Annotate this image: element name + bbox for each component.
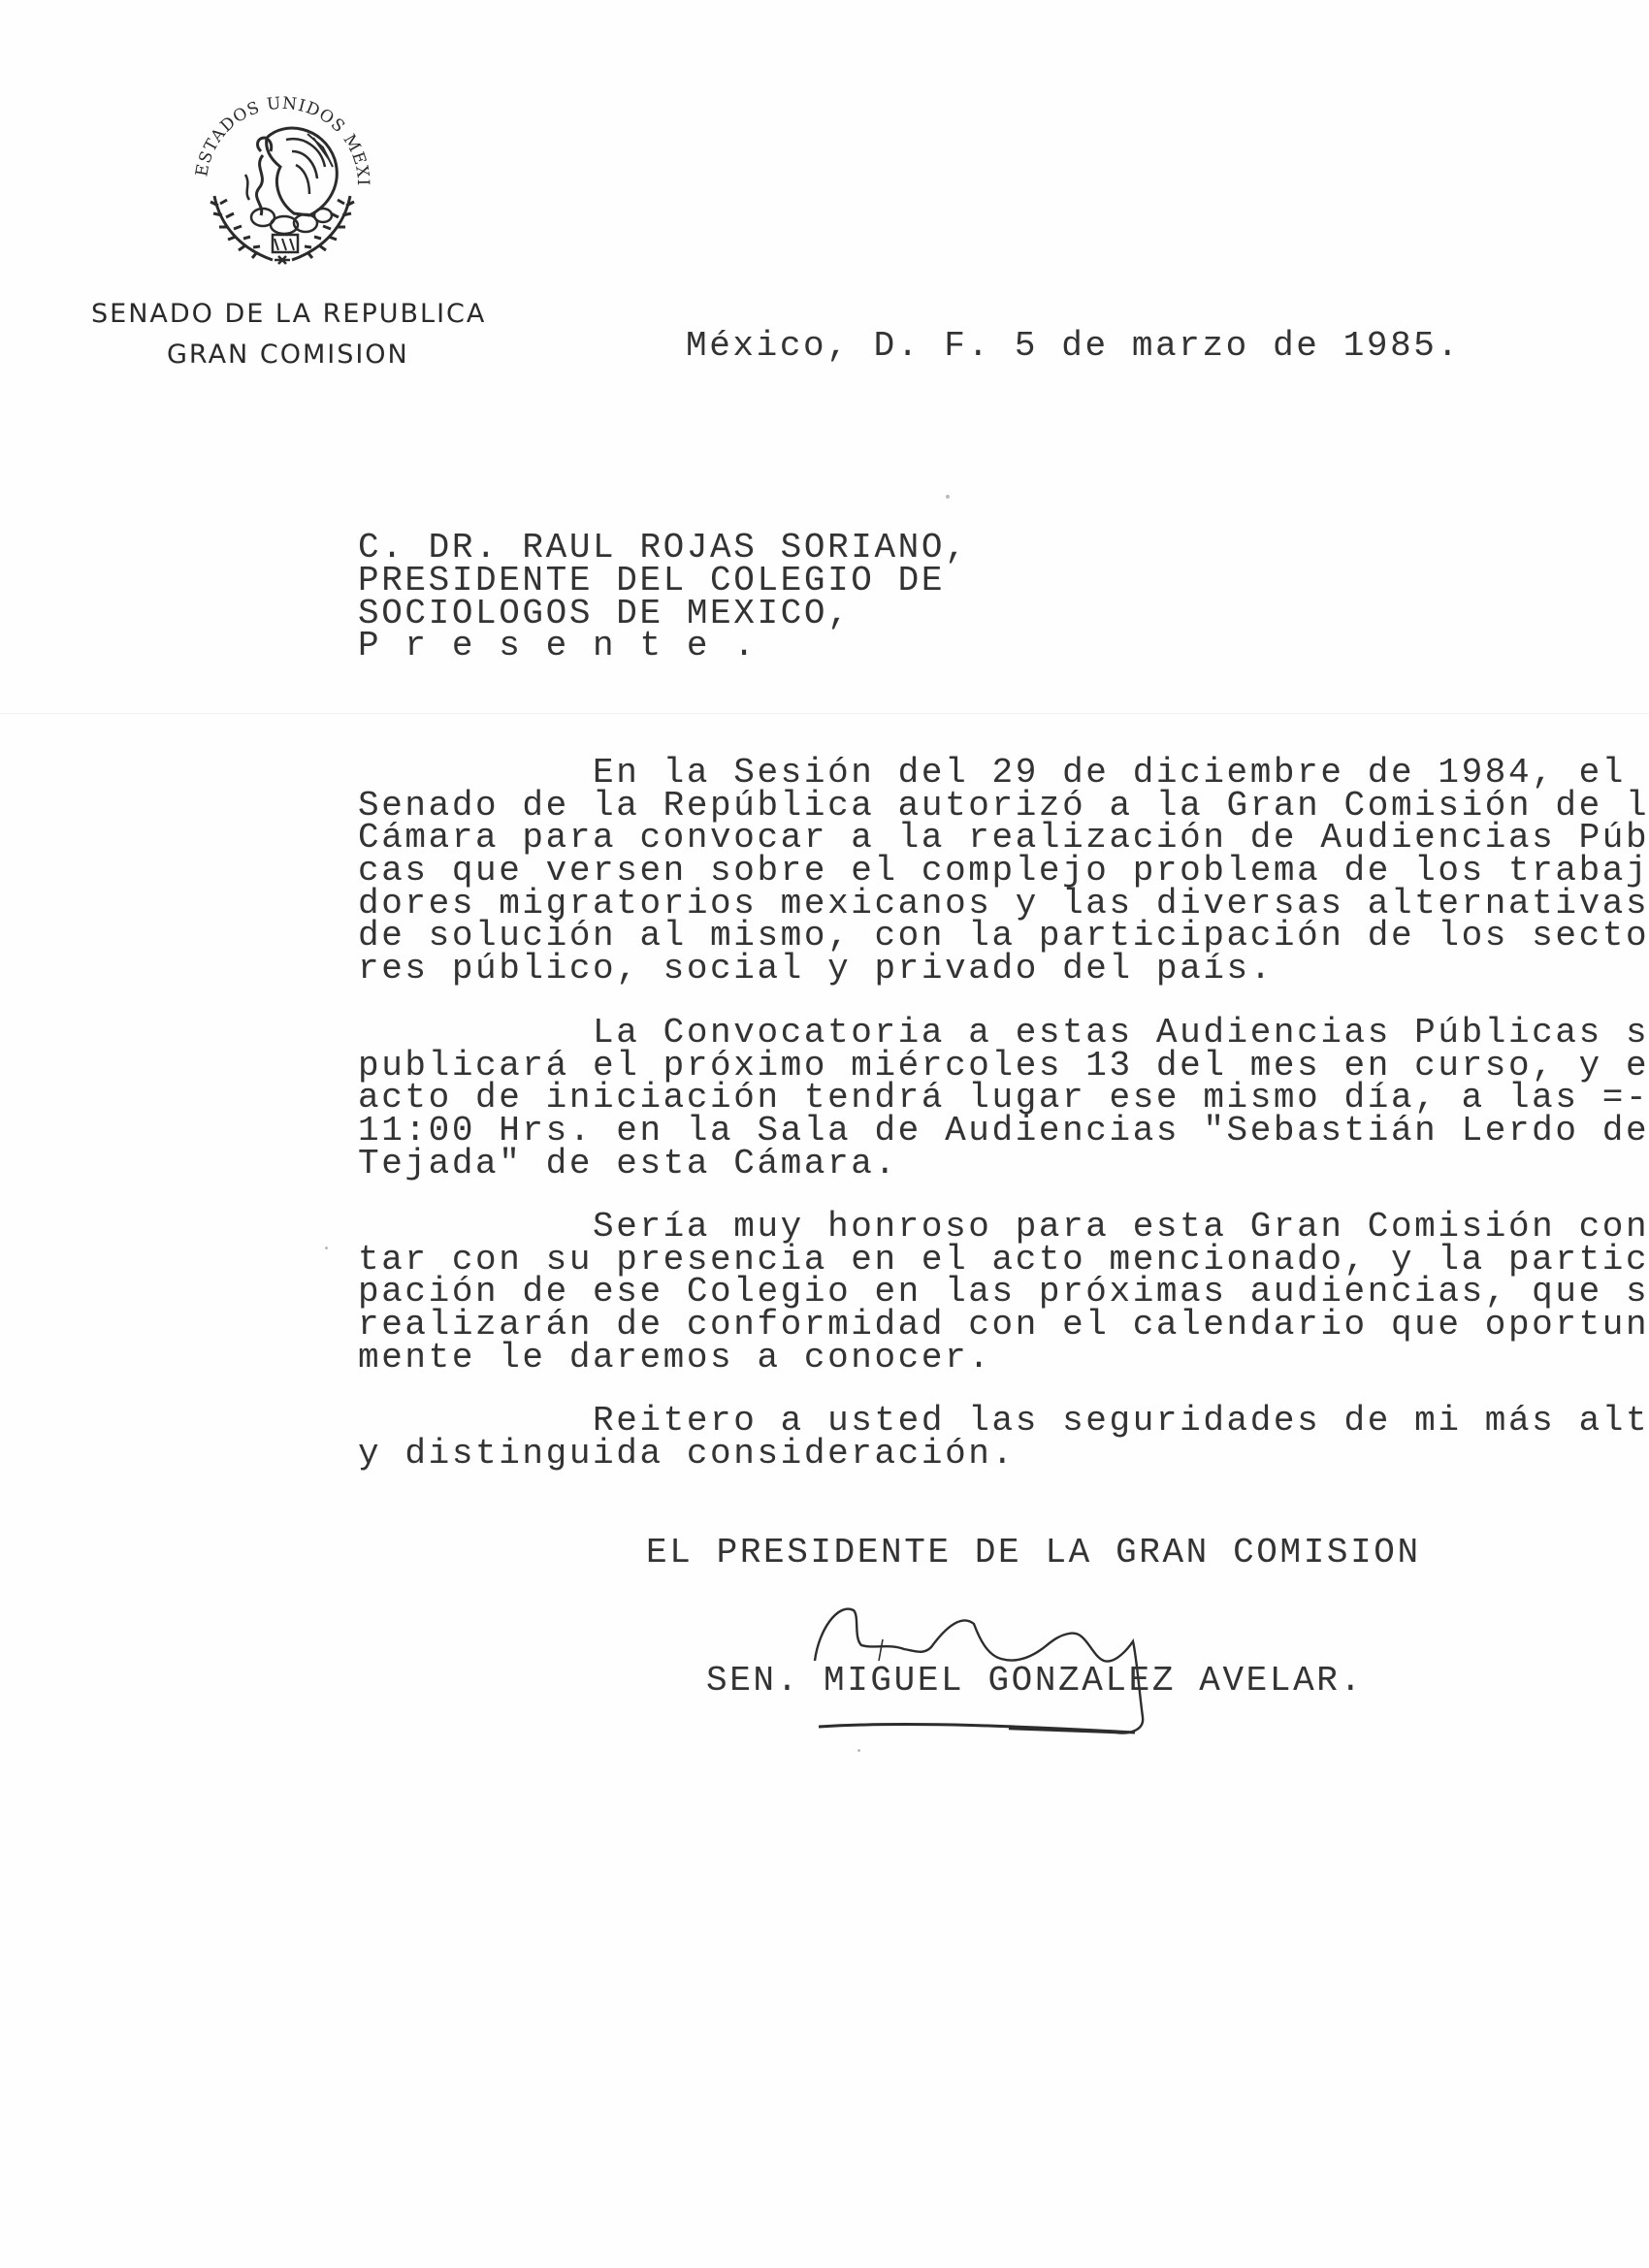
body-paragraph-4: Reitero a usted las seguridades de mi má… [358,1405,1649,1470]
body-line: mente le daremos a conocer. [358,1342,1649,1375]
date-line: México, D. F. 5 de marzo de 1985. [686,330,1461,363]
letter-page: ESTADOS UNIDOS MEXICANOS SENADO DE LA RE… [0,0,1649,2268]
closing-title: EL PRESIDENTE DE LA GRAN COMISION [646,1537,1421,1570]
body-line: pación de ese Colegio en las próximas au… [358,1276,1649,1309]
body-line: Reitero a usted las seguridades de mi má… [358,1405,1649,1438]
body-line: realizarán de conformidad con el calenda… [358,1309,1649,1342]
body-line: dores migratorios mexicanos y las divers… [358,888,1649,921]
body-paragraph-2: La Convocatoria a estas Audiencias Públi… [358,1017,1649,1180]
body-line: publicará el próximo miércoles 13 del me… [358,1050,1649,1083]
body-line: de solución al mismo, con la participaci… [358,920,1649,953]
body-line: Sería muy honroso para esta Gran Comisió… [358,1211,1649,1244]
body-line: La Convocatoria a estas Audiencias Públi… [358,1017,1649,1050]
body-paragraph-1: En la Sesión del 29 de diciembre de 1984… [358,757,1649,986]
body-paragraph-3: Sería muy honroso para esta Gran Comisió… [358,1211,1649,1374]
seal-text: ESTADOS UNIDOS MEXICANOS [178,70,372,186]
addressee-line: SOCIOLOGOS DE MEXICO, [358,598,968,631]
paper-speck [325,1247,328,1249]
body-line: 11:00 Hrs. en la Sala de Audiencias "Seb… [358,1115,1649,1148]
paper-speck [857,1749,860,1752]
addressee-line: PRESIDENTE DEL COLEGIO DE [358,565,968,598]
body-line: cas que versen sobre el complejo problem… [358,855,1649,888]
body-line: res público, social y privado del país. [358,953,1649,986]
body-line: acto de iniciación tendrá lugar ese mism… [358,1082,1649,1115]
paper-fold-line [0,713,1649,714]
body-line: tar con su presencia en el acto menciona… [358,1244,1649,1277]
addressee-block: C. DR. RAUL ROJAS SORIANO, PRESIDENTE DE… [358,532,968,663]
body-line: Tejada" de esta Cámara. [358,1148,1649,1181]
svg-text:ESTADOS UNIDOS MEXICANOS: ESTADOS UNIDOS MEXICANOS [178,70,372,186]
paper-speck [946,495,950,499]
letterhead-commission-name: GRAN COMISION [167,340,409,370]
letterhead-senate-name: SENADO DE LA REPUBLICA [91,299,486,329]
body-line: Senado de la República autorizó a la Gra… [358,790,1649,823]
body-line: Cámara para convocar a la realización de… [358,822,1649,855]
addressee-line: C. DR. RAUL ROJAS SORIANO, [358,532,968,565]
addressee-line: P r e s e n t e . [358,630,968,663]
body-line: En la Sesión del 29 de diciembre de 1984… [358,757,1649,790]
body-line: y distinguida consideración. [358,1438,1649,1471]
signer-name: SEN. MIGUEL GONZALEZ AVELAR. [706,1665,1364,1698]
mexican-coat-of-arms-icon: ESTADOS UNIDOS MEXICANOS [178,70,387,279]
